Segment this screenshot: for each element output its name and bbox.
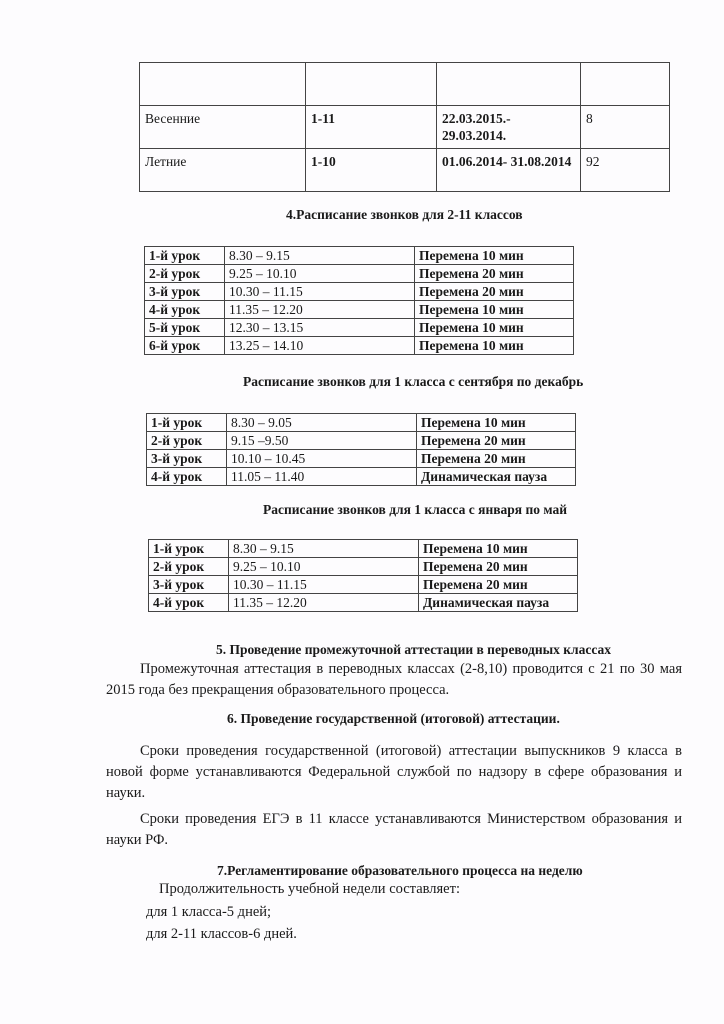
break-duration: Перемена 10 мин — [415, 247, 574, 265]
bell-schedule-grade1-jan-may: 1-й урок8.30 – 9.15Перемена 10 мин2-й ур… — [148, 539, 578, 612]
bell-rows: 1-й урок8.30 – 9.15Перемена 10 мин2-й ур… — [145, 247, 574, 355]
table-row: 3-й урок10.30 – 11.15Перемена 20 мин — [149, 576, 578, 594]
lesson-number: 3-й урок — [149, 576, 229, 594]
bell-schedule-grade1-sep-dec: 1-й урок8.30 – 9.05Перемена 10 мин2-й ур… — [146, 413, 576, 486]
lesson-time: 9.15 –9.50 — [227, 432, 417, 450]
lesson-time: 11.35 – 12.20 — [229, 594, 419, 612]
table-row: 4-й урок11.05 – 11.40Динамическая пауза — [147, 468, 576, 486]
holiday-days: 8 — [581, 106, 670, 149]
holiday-name — [140, 63, 306, 106]
table-row: 4-й урок11.35 – 12.20Перемена 10 мин — [145, 301, 574, 319]
break-duration: Перемена 20 мин — [419, 576, 578, 594]
break-duration: Перемена 20 мин — [417, 450, 576, 468]
week-length-intro: Продолжительность учебной недели составл… — [159, 881, 460, 898]
lesson-time: 9.25 – 10.10 — [225, 265, 415, 283]
table-row: 6-й урок13.25 – 14.10Перемена 10 мин — [145, 337, 574, 355]
holiday-dates — [437, 63, 581, 106]
holiday-grades: 1-10 — [306, 149, 437, 192]
lesson-time: 9.25 – 10.10 — [229, 558, 419, 576]
table-row: Летние 1-10 01.06.2014- 31.08.2014 92 — [140, 149, 670, 192]
table-row: 3-й урок10.10 – 10.45Перемена 20 мин — [147, 450, 576, 468]
break-duration: Перемена 10 мин — [417, 414, 576, 432]
section6-title: 6. Проведение государственной (итоговой)… — [227, 711, 560, 727]
lesson-number: 4-й урок — [147, 468, 227, 486]
section5-text: Промежуточная аттестация в переводных кл… — [106, 659, 682, 701]
break-duration: Перемена 20 мин — [417, 432, 576, 450]
holiday-dates: 22.03.2015.- 29.03.2014. — [437, 106, 581, 149]
lesson-number: 1-й урок — [147, 414, 227, 432]
break-duration: Перемена 20 мин — [415, 265, 574, 283]
break-duration: Перемена 20 мин — [419, 558, 578, 576]
lesson-time: 10.30 – 11.15 — [225, 283, 415, 301]
grade1-sep-dec-title: Расписание звонков для 1 класса с сентяб… — [243, 374, 583, 390]
table-row: Весенние 1-11 22.03.2015.- 29.03.2014. 8 — [140, 106, 670, 149]
lesson-time: 11.05 – 11.40 — [227, 468, 417, 486]
grade1-jan-may-title: Расписание звонков для 1 класса с января… — [263, 502, 567, 518]
table-row: 5-й урок12.30 – 13.15Перемена 10 мин — [145, 319, 574, 337]
section6-paragraph-1: Сроки проведения государственной (итогов… — [106, 741, 682, 804]
bell-rows: 1-й урок8.30 – 9.15Перемена 10 мин2-й ур… — [149, 540, 578, 612]
break-duration: Перемена 10 мин — [415, 319, 574, 337]
lesson-time: 12.30 – 13.15 — [225, 319, 415, 337]
lesson-time: 13.25 – 14.10 — [225, 337, 415, 355]
break-duration: Перемена 10 мин — [415, 337, 574, 355]
holidays-table: Весенние 1-11 22.03.2015.- 29.03.2014. 8… — [139, 62, 670, 192]
table-row: 2-й урок9.25 – 10.10Перемена 20 мин — [145, 265, 574, 283]
table-row: 1-й урок8.30 – 9.15Перемена 10 мин — [149, 540, 578, 558]
table-row: 2-й урок9.15 –9.50Перемена 20 мин — [147, 432, 576, 450]
lesson-number: 2-й урок — [147, 432, 227, 450]
holiday-grades: 1-11 — [306, 106, 437, 149]
week-length-grade1: для 1 класса-5 дней; — [146, 904, 271, 921]
break-duration: Динамическая пауза — [417, 468, 576, 486]
lesson-number: 4-й урок — [145, 301, 225, 319]
bell-schedule-2-11: 1-й урок8.30 – 9.15Перемена 10 мин2-й ур… — [144, 246, 574, 355]
holiday-dates: 01.06.2014- 31.08.2014 — [437, 149, 581, 192]
lesson-number: 6-й урок — [145, 337, 225, 355]
lesson-number: 4-й урок — [149, 594, 229, 612]
table-row: 4-й урок11.35 – 12.20Динамическая пауза — [149, 594, 578, 612]
table-row: 2-й урок9.25 – 10.10Перемена 20 мин — [149, 558, 578, 576]
lesson-time: 10.30 – 11.15 — [229, 576, 419, 594]
lesson-time: 8.30 – 9.15 — [229, 540, 419, 558]
lesson-number: 1-й урок — [149, 540, 229, 558]
lesson-time: 8.30 – 9.15 — [225, 247, 415, 265]
holiday-name: Летние — [140, 149, 306, 192]
break-duration: Перемена 20 мин — [415, 283, 574, 301]
lesson-number: 2-й урок — [149, 558, 229, 576]
section6-paragraph-2: Сроки проведения ЕГЭ в 11 классе устанав… — [106, 809, 682, 851]
table-row: 3-й урок10.30 – 11.15Перемена 20 мин — [145, 283, 574, 301]
section5-title: 5. Проведение промежуточной аттестации в… — [216, 642, 611, 658]
table-row — [140, 63, 670, 106]
holiday-name: Весенние — [140, 106, 306, 149]
holiday-grades — [306, 63, 437, 106]
bell-rows: 1-й урок8.30 – 9.05Перемена 10 мин2-й ур… — [147, 414, 576, 486]
lesson-time: 10.10 – 10.45 — [227, 450, 417, 468]
week-length-grades-2-11: для 2-11 классов-6 дней. — [146, 926, 297, 943]
holiday-days — [581, 63, 670, 106]
lesson-time: 11.35 – 12.20 — [225, 301, 415, 319]
table-row: 1-й урок8.30 – 9.05Перемена 10 мин — [147, 414, 576, 432]
break-duration: Перемена 10 мин — [419, 540, 578, 558]
lesson-number: 2-й урок — [145, 265, 225, 283]
table-row: 1-й урок8.30 – 9.15Перемена 10 мин — [145, 247, 574, 265]
lesson-number: 3-й урок — [147, 450, 227, 468]
lesson-time: 8.30 – 9.05 — [227, 414, 417, 432]
break-duration: Перемена 10 мин — [415, 301, 574, 319]
break-duration: Динамическая пауза — [419, 594, 578, 612]
lesson-number: 5-й урок — [145, 319, 225, 337]
section7-title: 7.Регламентирование образовательного про… — [217, 863, 583, 879]
lesson-number: 1-й урок — [145, 247, 225, 265]
section4-title: 4.Расписание звонков для 2-11 классов — [286, 207, 523, 223]
holiday-days: 92 — [581, 149, 670, 192]
lesson-number: 3-й урок — [145, 283, 225, 301]
